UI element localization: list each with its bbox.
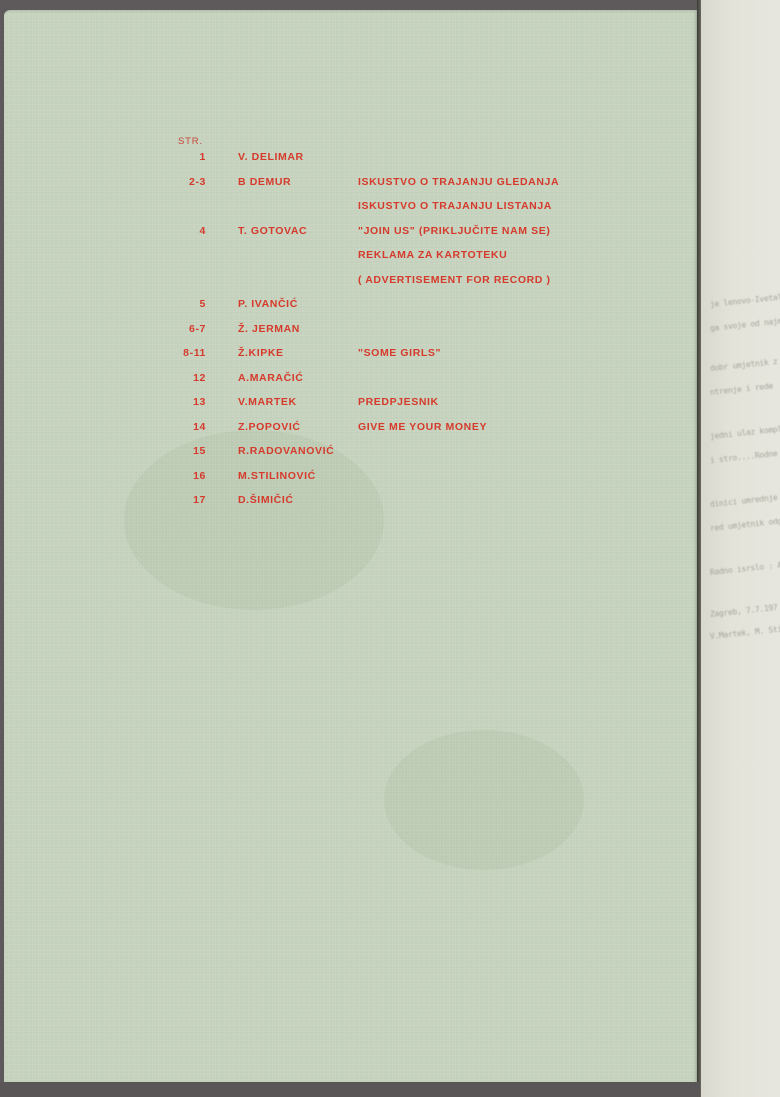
author-name: B DEMUR: [238, 176, 291, 188]
author-name: P. IVANČIĆ: [238, 298, 298, 310]
work-title: PREDPJESNIK: [358, 396, 439, 408]
page-number: 17: [172, 494, 206, 506]
page-number: 1: [172, 151, 206, 163]
author-name: D.ŠIMIČIĆ: [238, 494, 294, 506]
page-bottom-edge: [0, 1082, 700, 1097]
work-title: GIVE ME YOUR MONEY: [358, 421, 487, 433]
author-name: Ž. JERMAN: [238, 323, 300, 335]
page-number: 6-7: [172, 323, 206, 335]
work-title: ( ADVERTISEMENT FOR RECORD ): [358, 274, 551, 286]
page-number: 4: [172, 225, 206, 237]
document-page: [4, 10, 698, 1084]
author-name: Ž.KIPKE: [238, 347, 284, 359]
facing-page: [700, 0, 780, 1097]
author-name: Z.POPOVIĆ: [238, 421, 301, 433]
page-number: 14: [172, 421, 206, 433]
page-number: 12: [172, 372, 206, 384]
work-title: REKLAMA ZA KARTOTEKU: [358, 249, 507, 261]
author-name: R.RADOVANOVIĆ: [238, 445, 334, 457]
work-title: ISKUSTVO O TRAJANJU GLEDANJA: [358, 176, 559, 188]
toc-header: STR.: [178, 136, 203, 147]
binding-spine: [697, 0, 701, 1097]
author-name: A.MARAČIĆ: [238, 372, 303, 384]
work-title: ISKUSTVO O TRAJANJU LISTANJA: [358, 200, 552, 212]
paper-stain: [124, 430, 384, 610]
page-number: 5: [172, 298, 206, 310]
page-number: 2-3: [172, 176, 206, 188]
page-number: 13: [172, 396, 206, 408]
page-number: 16: [172, 470, 206, 482]
work-title: "JOIN US" (PRIKLJUČITE NAM SE): [358, 225, 550, 237]
author-name: T. GOTOVAC: [238, 225, 307, 237]
page-number: 15: [172, 445, 206, 457]
author-name: M.STILINOVIĆ: [238, 470, 316, 482]
author-name: V. DELIMAR: [238, 151, 304, 163]
page-number: 8-11: [172, 347, 206, 359]
work-title: "SOME GIRLS": [358, 347, 441, 359]
author-name: V.MARTEK: [238, 396, 297, 408]
paper-stain: [384, 730, 584, 870]
